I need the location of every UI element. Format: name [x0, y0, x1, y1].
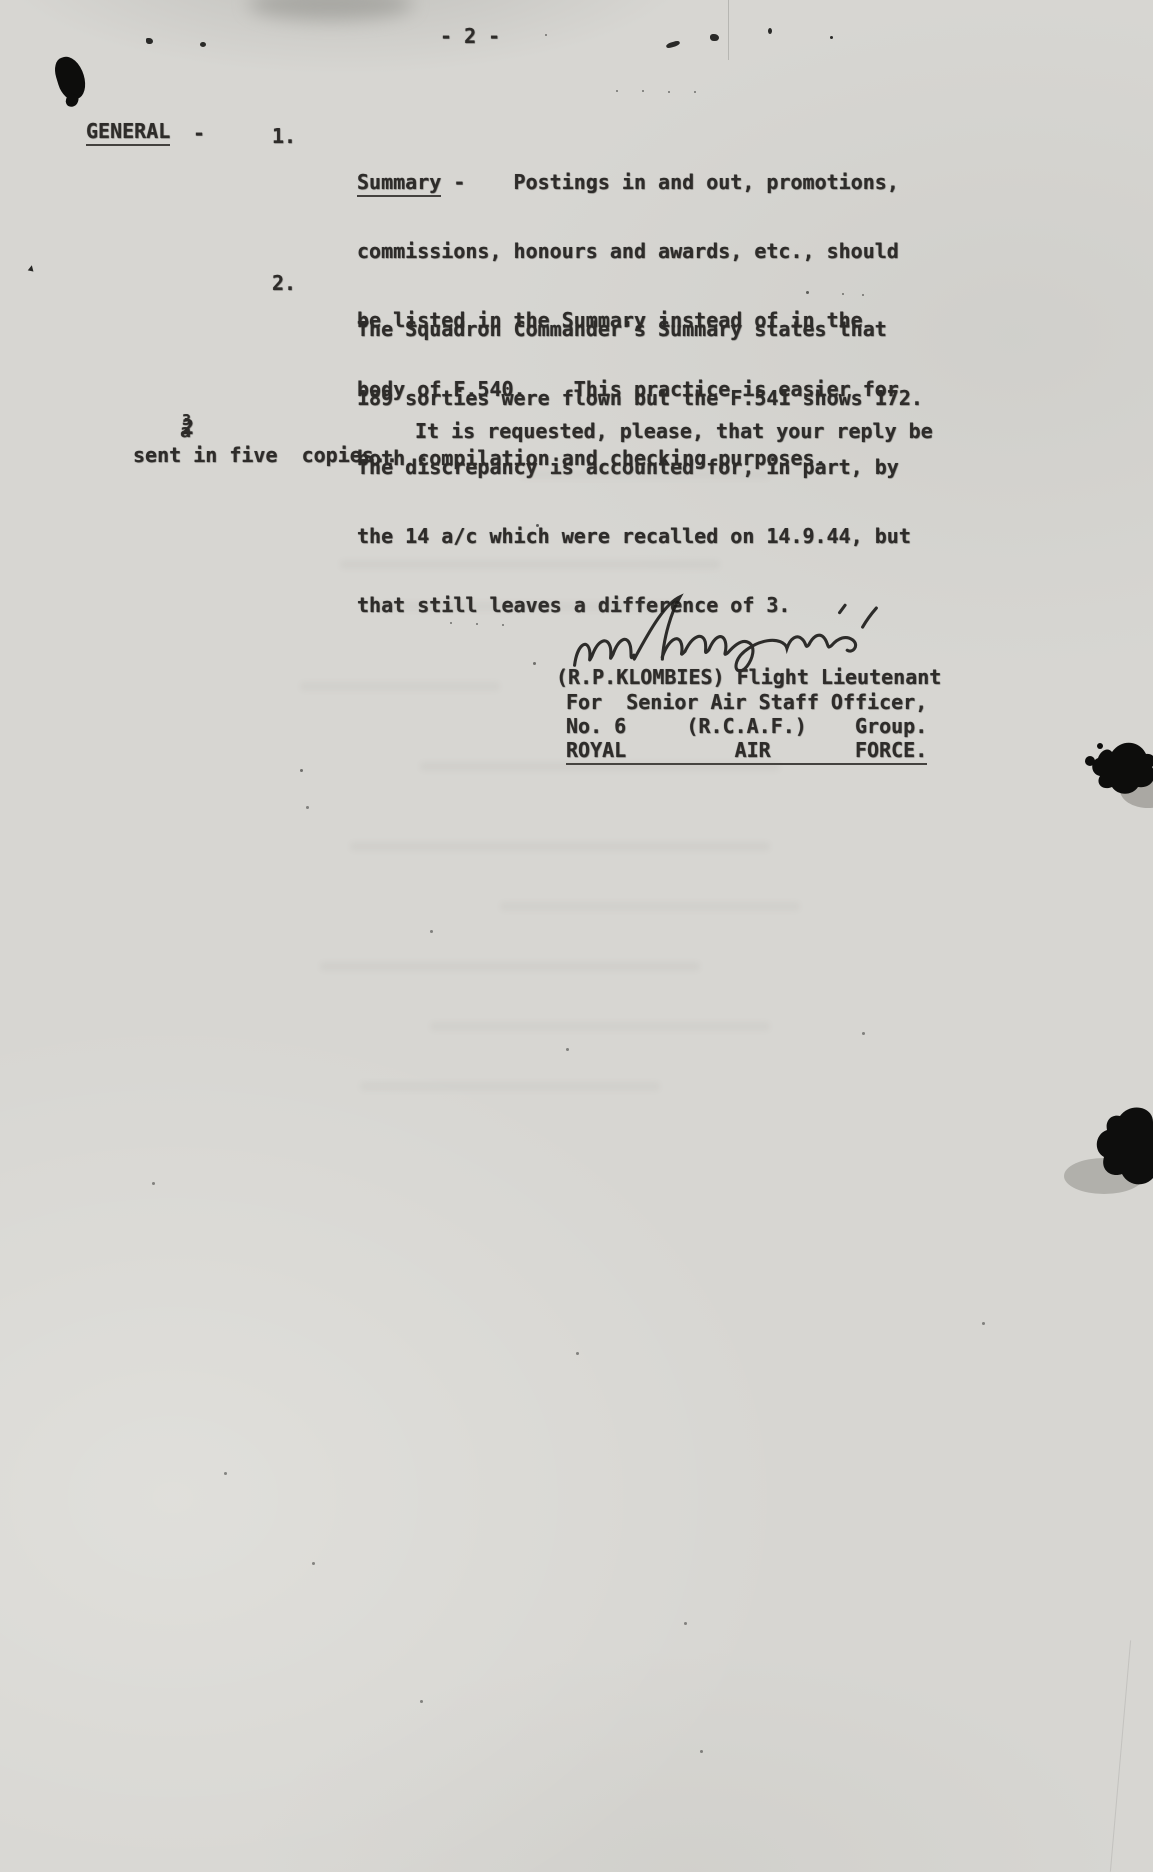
para2-line4: the 14 a/c which were recalled on 14.9.4… — [357, 525, 923, 548]
side-heading-label: GENERAL — [86, 119, 170, 146]
ink-speck — [768, 28, 772, 34]
ink-speck — [536, 524, 539, 527]
ink-speck — [312, 1562, 315, 1565]
para3-marker: 23a — [182, 416, 202, 441]
para2-line1: The Squadron Commander's Summary states … — [357, 318, 923, 341]
para1-lead-underlined: Summary — [357, 170, 441, 197]
ink-speck — [806, 291, 809, 294]
ink-speck — [576, 1352, 579, 1355]
ink-speck — [420, 1700, 423, 1703]
ink-speck — [306, 806, 309, 809]
ink-speck — [152, 1182, 155, 1185]
ink-speck — [830, 36, 833, 39]
ghost-smudge — [520, 470, 770, 479]
ghost-smudge — [340, 560, 720, 569]
ink-speck — [476, 623, 478, 625]
signature-group-line: No. 6 (R.C.A.F.) Group. — [566, 715, 927, 738]
ink-speck — [982, 1322, 985, 1325]
ink-speck — [450, 622, 452, 624]
para2-line2: 189 sorties were flown but the F.541 sho… — [357, 387, 923, 410]
ghost-smudge — [420, 762, 780, 771]
para3-marker-overtype-bottom: a — [180, 421, 191, 442]
ink-speck — [224, 1472, 227, 1475]
para1-line1: Summary - Postings in and out, promotion… — [357, 171, 899, 194]
ink-speck — [842, 293, 844, 295]
signature-force-line: ROYAL AIR FORCE. — [566, 739, 927, 762]
ink-speck — [694, 91, 696, 93]
ink-blob-right-lower — [1090, 1098, 1153, 1203]
ink-speck — [642, 90, 644, 92]
ink-blob-right-middle — [1082, 732, 1153, 810]
ink-speck — [710, 34, 719, 41]
ink-speck — [545, 34, 547, 36]
para1-line1-rest: - Postings in and out, promotions, — [441, 170, 899, 194]
para3-line2: sent in five copies.. — [133, 444, 398, 467]
crease-top — [728, 0, 729, 60]
ink-speck — [668, 91, 670, 93]
side-heading: GENERAL — [86, 120, 170, 143]
separator-dash: - — [193, 122, 205, 145]
signature-name-line: (R.P.KLOMBIES) Flight Lieutenant — [556, 666, 941, 689]
ink-speck — [146, 38, 153, 44]
crease-bottom-right — [1110, 1640, 1131, 1871]
ink-speck — [684, 1622, 687, 1625]
ink-speck — [200, 42, 206, 47]
ink-speck — [666, 40, 681, 49]
ghost-smudge — [350, 842, 770, 851]
ghost-smudge — [380, 602, 680, 611]
ink-speck — [533, 662, 536, 665]
page-number: - 2 - — [440, 25, 500, 48]
margin-arrow-mark: ▴ — [25, 257, 38, 276]
ink-speck — [862, 294, 864, 296]
ink-speck — [862, 1032, 865, 1035]
para1-line2: commissions, honours and awards, etc., s… — [357, 240, 899, 263]
ghost-smudge — [360, 1082, 660, 1091]
ghost-smudge — [300, 682, 500, 691]
signature-force-underlined: ROYAL AIR FORCE. — [566, 738, 927, 765]
ghost-smudge — [500, 902, 800, 911]
para2-marker: 2. — [272, 272, 296, 295]
ink-speck — [300, 769, 303, 772]
ink-speck — [616, 90, 618, 92]
scan-smudge-top — [248, 0, 413, 20]
document-page: - 2 - GENERAL - 1. Summary - Postings in… — [0, 0, 1153, 1872]
signature-for-line: For Senior Air Staff Officer, — [566, 691, 927, 714]
ghost-smudge — [430, 1022, 770, 1031]
ink-speck — [566, 1048, 569, 1051]
ghost-smudge — [320, 962, 700, 971]
para1-marker: 1. — [272, 125, 296, 148]
ink-speck — [700, 1750, 703, 1753]
para3-line1: It is requested, please, that your reply… — [415, 420, 933, 443]
ink-speck — [430, 930, 433, 933]
ink-speck — [502, 624, 504, 626]
